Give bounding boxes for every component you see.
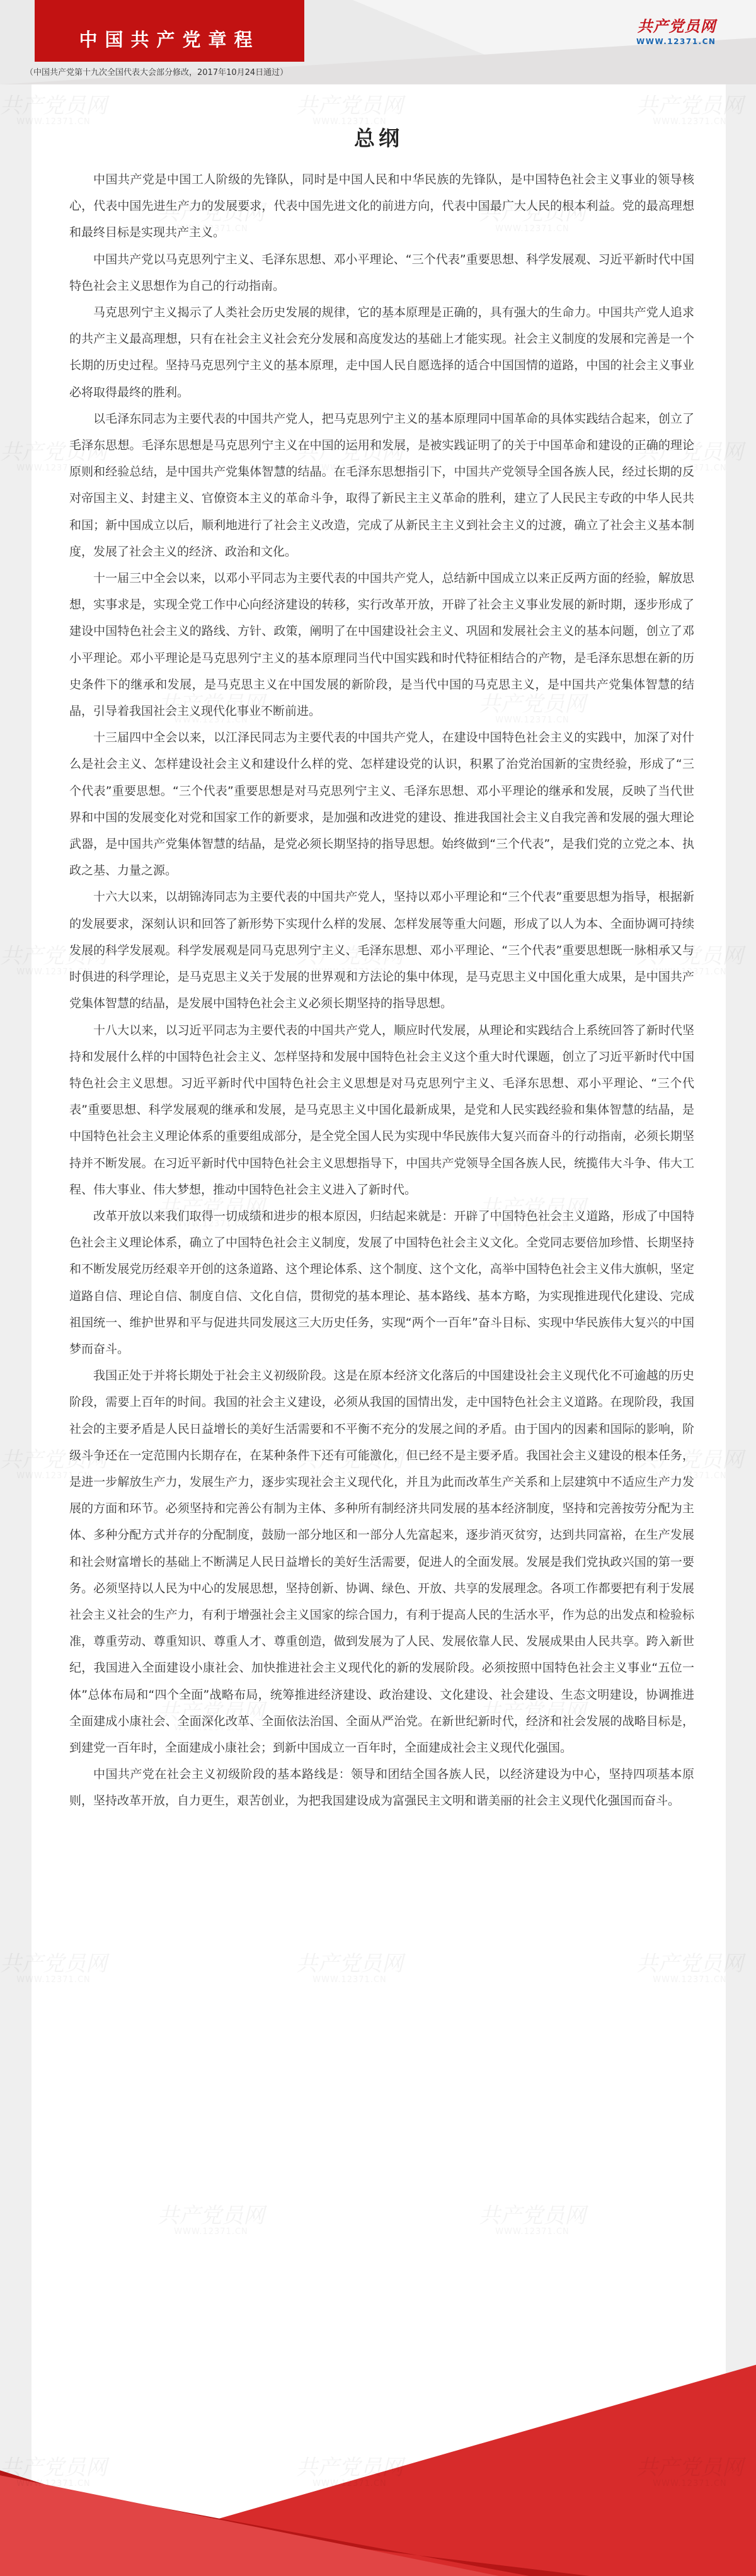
paragraph: 十三届四中全会以来，以江泽民同志为主要代表的中国共产党人，在建设中国特色社会主义… (69, 724, 694, 884)
page-header: 中国共产党章程 （中国共产党第十九次全国代表大会部分修改，2017年10月24日… (0, 0, 756, 84)
paragraph: 中国共产党是中国工人阶级的先锋队，同时是中国人民和中华民族的先锋队，是中国特色社… (69, 166, 694, 246)
site-logo[interactable]: 共产党员网 WWW.12371.CN (636, 14, 716, 46)
content-panel: 总纲 中国共产党是中国工人阶级的先锋队，同时是中国人民和中华民族的先锋队，是中国… (31, 84, 726, 2541)
logo-url: WWW.12371.CN (636, 37, 716, 46)
paragraph: 十六大以来，以胡锦涛同志为主要代表的中国共产党人，坚持以邓小平理论和“三个代表”… (69, 884, 694, 1017)
paragraph: 改革开放以来我们取得一切成绩和进步的根本原因，归结起来就是：开辟了中国特色社会主… (69, 1203, 694, 1362)
paragraph: 马克思列宁主义揭示了人类社会历史发展的规律，它的基本原理是正确的，具有强大的生命… (69, 299, 694, 406)
paragraph: 以毛泽东同志为主要代表的中国共产党人，把马克思列宁主义的基本原理同中国革命的具体… (69, 406, 694, 565)
section-heading: 总纲 (31, 122, 726, 152)
paragraph: 十一届三中全会以来，以邓小平同志为主要代表的中国共产党人，总结新中国成立以来正反… (69, 565, 694, 724)
page-title: 中国共产党章程 (79, 26, 260, 52)
document-body: 中国共产党是中国工人阶级的先锋队，同时是中国人民和中华民族的先锋队，是中国特色社… (69, 166, 694, 1815)
paragraph: 十八大以来，以习近平同志为主要代表的中国共产党人，顺应时代发展，从理论和实践结合… (69, 1017, 694, 1203)
paragraph: 中国共产党在社会主义初级阶段的基本路线是：领导和团结全国各族人民，以经济建设为中… (69, 1761, 694, 1814)
paragraph: 我国正处于并将长期处于社会主义初级阶段。这是在原本经济文化落后的中国建设社会主义… (69, 1362, 694, 1761)
paragraph: 中国共产党以马克思列宁主义、毛泽东思想、邓小平理论、“三个代表”重要思想、科学发… (69, 246, 694, 299)
page-subtitle: （中国共产党第十九次全国代表大会部分修改，2017年10月24日通过） (25, 66, 288, 77)
title-banner: 中国共产党章程 (35, 0, 304, 62)
logo-name: 共产党员网 (636, 14, 716, 36)
